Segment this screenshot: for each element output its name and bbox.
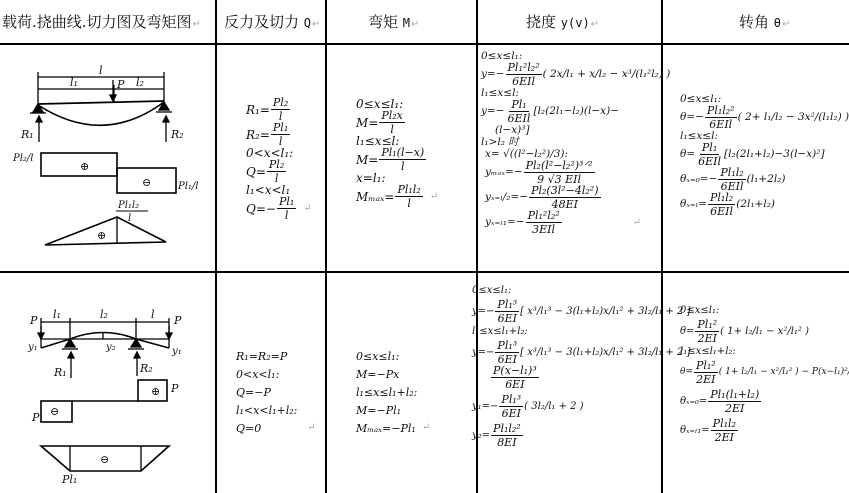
numerator: Pl₁l₂ xyxy=(711,418,738,431)
numerator: Pl₁² xyxy=(695,319,719,332)
numerator: Pl₁l₂ xyxy=(718,167,745,180)
header-reaction-symbol: Q xyxy=(304,16,311,30)
formula-lhs: θₓ₌ₗ= xyxy=(680,199,707,210)
formula-lhs: M= xyxy=(356,117,378,129)
formula-lhs: yₓ₌ₗ/₂=− xyxy=(485,192,528,203)
formula-rest: [ x³/l₁³ − 3(l₁+l₂)x/l₁² + 3l₂/l₁ + 2 ] xyxy=(520,348,690,358)
denominator: 6EI xyxy=(496,312,519,324)
formula-line: M=Pl₁(l−x)l xyxy=(356,147,438,172)
denominator: 6EI xyxy=(500,407,523,419)
header-reaction-shear: 反力及切力 Q↵ xyxy=(224,8,320,36)
fraction: Pl₂(3l²−4l₂²)48EI xyxy=(529,185,600,210)
numerator: Pl₁²l₂² xyxy=(526,210,562,223)
header-bottom-border xyxy=(0,43,849,45)
beam-formula-table: 载荷.挠曲线.切力图及弯矩图↵ 反力及切力 Q↵ 弯矩 M↵ 挠度 y(v)↵ … xyxy=(0,0,849,493)
numerator: Pl₁l₂² xyxy=(491,423,523,436)
formula-rest: [ x³/l₁³ − 3(l₁+l₂)x/l₁² + 3l₂/l₁ + 2 ] xyxy=(520,307,690,317)
fraction: Pl₁²2EI xyxy=(694,360,718,385)
formula-line: (l−x)³] xyxy=(481,124,670,136)
formula-text: 0≤x≤l₁: xyxy=(356,351,399,362)
paragraph-mark-icon: ↵ xyxy=(303,204,311,214)
header-deflection-label: 挠度 xyxy=(526,13,556,31)
formula-lhs: y=− xyxy=(481,69,505,80)
formula-lhs: θₓ₌ₗ₁= xyxy=(680,426,710,436)
numerator: Pl₂ xyxy=(267,159,286,172)
formula-text: 0≤x≤l₁: xyxy=(680,306,719,316)
formula-line: Q=−P xyxy=(236,383,316,401)
row1-diagram-cell: l l₁ l₂ P R₁ R₂ Pl₂/l Pl₁/l ⊕ ⊖ Pl₁l₂ l … xyxy=(8,52,213,267)
formula-rest: ( 3l₂/l₁ + 2 ) xyxy=(524,402,583,412)
row1-deflection-cell: 0≤x≤l₁: y=−Pl₁²l₂²6EIl( 2x/l₁ + x/l₂ − x… xyxy=(481,50,670,235)
denominator: l xyxy=(405,197,413,209)
formula-lhs: y=− xyxy=(472,307,494,317)
formula-text: l₁≤x≤l₁+l₂: xyxy=(680,347,736,357)
formula-line: Q=Pl₂l xyxy=(246,159,312,184)
formula-text: 0<x<l₁: xyxy=(236,369,279,380)
fraction: Pl₁l₂²6EIl xyxy=(705,105,737,130)
paragraph-mark-icon: ↵ xyxy=(782,19,790,30)
numerator: Pl₂ xyxy=(271,97,290,110)
fraction: P(x−l₁)³6EI xyxy=(491,365,539,390)
formula-line: θₓ₌ₗ=Pl₁l₂6EIl(2l₁+l₂) xyxy=(680,192,849,217)
formula-text: l₁≤x≤l: xyxy=(481,88,519,99)
numerator: Pl₁ xyxy=(277,196,296,209)
row-divider xyxy=(0,271,849,273)
formula-line: y=−Pl₁³6EI[ x³/l₁³ − 3(l₁+l₂)x/l₁² + 3l₂… xyxy=(472,340,690,365)
denominator: l xyxy=(399,160,407,172)
formula-text: (l−x)³] xyxy=(495,125,530,136)
paragraph-mark-icon: ↵ xyxy=(307,423,315,433)
formula-lhs: yₘₐₓ=− xyxy=(485,167,523,178)
header-deflection-symbol: y(v) xyxy=(561,16,590,30)
label-shear-right: Pl₁/l xyxy=(177,181,199,192)
formula-rest: [l₂(2l₁−l₂)(l−x)− xyxy=(533,106,619,117)
formula-lhs: y=− xyxy=(472,348,494,358)
col-divider-2 xyxy=(325,0,327,493)
label-y1-left: y₁ xyxy=(27,342,38,353)
formula-text: Q=0 xyxy=(236,423,261,434)
simply-supported-beam-point-load-diagram: l l₁ l₂ P R₁ R₂ Pl₂/l Pl₁/l ⊕ ⊖ Pl₁l₂ l … xyxy=(8,52,213,267)
paragraph-mark-icon: ↵ xyxy=(422,423,430,433)
fraction: Pl₁l₂2EI xyxy=(711,418,738,443)
formula-line: 0<x<l₁: xyxy=(236,365,316,383)
label-shear-right: P xyxy=(170,382,179,395)
formula-line: yₓ₌ₗ₁=−Pl₁²l₂²3EIl↵ xyxy=(481,210,670,235)
denominator: 2EI xyxy=(713,431,736,443)
formula-line: yₘₐₓ=−Pl₂(l²−l₂²)³ᐟ²9 √3 EIl xyxy=(481,160,670,185)
numerator: Pl₁³ xyxy=(495,299,519,312)
fraction: Pl₁³6EI xyxy=(499,394,523,419)
fraction: Pl₁6EIl xyxy=(506,99,533,124)
header-moment-label: 弯矩 xyxy=(368,13,398,31)
formula-lhs: θ= xyxy=(680,149,695,160)
denominator: 6EIl xyxy=(708,205,735,217)
numerator: Pl₁l₂ xyxy=(395,184,422,197)
formula-lhs: R₁= xyxy=(246,104,270,116)
formula-lhs: Q=− xyxy=(246,203,276,215)
denominator: 2EI xyxy=(723,402,746,414)
formula-lhs: θₓ₌₀= xyxy=(680,397,707,407)
fraction: Pl₁6EIl xyxy=(696,142,723,167)
numerator: Pl₁l₂² xyxy=(705,105,737,118)
formula-line: l₁≤x≤l: xyxy=(481,87,670,99)
fraction: Pl₂xl xyxy=(379,110,405,135)
formula-text: Q=−P xyxy=(236,387,271,398)
denominator: 6EIl xyxy=(707,118,734,130)
formula-line: l₁≤x≤l₁+l₂: xyxy=(472,324,690,340)
formula-line: l₁>l₂ 时 xyxy=(481,136,670,148)
formula-text: l₁≤x≤l₁+l₂: xyxy=(356,387,417,398)
row1-reaction-cell: R₁=Pl₂l R₂=Pl₁l 0<x<l₁: Q=Pl₂l l₁<x<l₁ Q… xyxy=(246,97,312,221)
label-R2: R₂ xyxy=(139,362,153,375)
row1-rotation-cell: 0≤x≤l₁: θ=−Pl₁l₂²6EIl( 2+ l₁/l₂ − 3x²/(l… xyxy=(680,93,849,217)
numerator: P(x−l₁)³ xyxy=(491,365,539,378)
paragraph-mark-icon: ↵ xyxy=(430,192,438,202)
fraction: Pl₁l₂6EIl xyxy=(708,192,735,217)
numerator: Pl₁l₂ xyxy=(708,192,735,205)
formula-rest: ( 2x/l₁ + x/l₂ − x³/(l₁²l₂) ) xyxy=(543,69,671,80)
formula-line: Mₘₐₓ=−Pl₁↵ xyxy=(356,419,430,437)
formula-line: P(x−l₁)³6EI xyxy=(472,365,690,390)
formula-rest: ( 1+ l₂/l₁ − x²/l₁² ) − P(x−l₁)²/2EI xyxy=(719,368,849,377)
formula-lhs: Q= xyxy=(246,166,266,178)
formula-line: θₓ₌₀=Pl₁(l₁+l₂)2EI xyxy=(680,389,849,414)
fraction: Pl₁²l₂²3EIl xyxy=(526,210,562,235)
plus-sign-icon: ⊕ xyxy=(80,160,89,173)
label-l2: l₂ xyxy=(100,308,108,321)
denominator: 6EI xyxy=(503,378,526,390)
label-R1: R₁ xyxy=(53,366,67,379)
formula-lhs: y₂= xyxy=(472,431,490,441)
denominator: 2EI xyxy=(694,373,717,385)
formula-text: l₁≤x≤l: xyxy=(680,131,718,142)
minus-sign-icon: ⊖ xyxy=(142,176,151,189)
formula-line: l₁≤x≤l₁+l₂: xyxy=(356,383,430,401)
denominator: 6EIl xyxy=(696,155,723,167)
formula-lhs: M= xyxy=(356,154,378,166)
fraction: Pl₁²l₂²6EIl xyxy=(506,62,542,87)
formula-text: l₁<x<l₁+l₂: xyxy=(236,405,297,416)
formula-line: θₓ₌ₗ₁=Pl₁l₂2EI xyxy=(680,418,849,443)
label-moment-max-den: l xyxy=(128,213,131,224)
formula-line: R₁=R₂=P xyxy=(236,347,316,365)
label-l1: l₁ xyxy=(70,76,78,89)
formula-line: θ=−Pl₁l₂²6EIl( 2+ l₁/l₂ − 3x²/(l₁l₂) ) xyxy=(680,105,849,130)
row1-moment-cell: 0≤x≤l₁: M=Pl₂xl l₁≤x≤l: M=Pl₁(l−x)l x=l₁… xyxy=(356,98,438,209)
formula-text: l₁≤x≤l₁+l₂: xyxy=(472,327,528,337)
denominator: 6EIl xyxy=(510,75,537,87)
fraction: Pl₁(l₁+l₂)2EI xyxy=(708,389,761,414)
numerator: Pl₁(l₁+l₂) xyxy=(708,389,761,402)
formula-rest: [l₂(2l₁+l₂)−3(l−x)²] xyxy=(724,149,825,160)
formula-line: M=−Pl₁ xyxy=(356,401,430,419)
formula-line: y=−Pl₁²l₂²6EIl( 2x/l₁ + x/l₂ − x³/(l₁²l₂… xyxy=(481,62,670,87)
formula-line: yₓ₌ₗ/₂=−Pl₂(3l²−4l₂²)48EI xyxy=(481,185,670,210)
label-y2: y₂ xyxy=(105,342,116,353)
row2-reaction-cell: R₁=R₂=P 0<x<l₁: Q=−P l₁<x<l₁+l₂: Q=0↵ xyxy=(236,347,316,437)
formula-rest: (l₁+2l₂) xyxy=(747,174,786,185)
formula-rest: ( 2+ l₁/l₂ − 3x²/(l₁l₂) ) xyxy=(738,112,849,123)
label-load-P: P xyxy=(116,78,125,91)
formula-lhs: R₂= xyxy=(246,129,270,141)
row2-deflection-cell: 0≤x≤l₁: y=−Pl₁³6EI[ x³/l₁³ − 3(l₁+l₂)x/l… xyxy=(472,283,690,448)
formula-line: l₁<x<l₁+l₂: xyxy=(236,401,316,419)
formula-line: R₂=Pl₁l xyxy=(246,122,312,147)
formula-line: 0≤x≤l₁: xyxy=(472,283,690,299)
minus-sign-icon: ⊖ xyxy=(100,453,109,466)
header-rotation: 转角 θ↵ xyxy=(739,8,790,36)
formula-line: y₁=−Pl₁³6EI( 3l₂/l₁ + 2 ) xyxy=(472,394,690,419)
formula-text: 0≤x≤l₁: xyxy=(472,286,511,296)
formula-line: l₁≤x≤l₁+l₂: xyxy=(680,344,849,360)
fraction: Pl₁l₂6EIl xyxy=(718,167,745,192)
numerator: Pl₁³ xyxy=(495,340,519,353)
formula-text: x= √((l²−l₂²)/3): xyxy=(485,149,568,160)
formula-line: 0≤x≤l₁: xyxy=(680,93,849,105)
label-moment-max-num: Pl₁l₂ xyxy=(117,200,139,211)
paragraph-mark-icon: ↵ xyxy=(411,19,419,30)
formula-text: M=−Px xyxy=(356,369,399,380)
formula-line: θ=Pl₁6EIl[l₂(2l₁+l₂)−3(l−x)²] xyxy=(680,142,849,167)
label-l: l xyxy=(151,308,155,321)
formula-text: Mₘₐₓ=−Pl₁ xyxy=(356,423,416,434)
denominator: l xyxy=(283,209,291,221)
formula-line: M=Pl₂xl xyxy=(356,110,438,135)
numerator: Pl₂(l²−l₂²)³ᐟ² xyxy=(524,160,595,173)
fraction: Pl₁³6EI xyxy=(495,299,519,324)
formula-lhs: θ=− xyxy=(680,112,704,123)
fraction: Pl₂(l²−l₂²)³ᐟ²9 √3 EIl xyxy=(524,160,595,185)
formula-text: l₁>l₂ 时 xyxy=(481,137,519,148)
formula-text: M=−Pl₁ xyxy=(356,405,401,416)
plus-sign-icon: ⊕ xyxy=(151,385,160,398)
label-R2: R₂ xyxy=(170,128,184,141)
formula-line: M=−Px xyxy=(356,365,430,383)
row2-diagram-cell: P P l₁ l₂ l y₁ y₂ y₁ R₁ R₂ P P ⊕ ⊖ ⊖ Pl₁ xyxy=(8,280,213,490)
formula-line: 0≤x≤l₁: xyxy=(680,303,849,319)
formula-line: Q=0↵ xyxy=(236,419,316,437)
paragraph-mark-icon: ↵ xyxy=(312,19,320,30)
numerator: Pl₁²l₂² xyxy=(506,62,542,75)
formula-lhs: y=− xyxy=(481,106,505,117)
fraction: Pl₁l xyxy=(271,122,290,147)
fraction: Pl₁²2EI xyxy=(695,319,719,344)
label-load-P-right: P xyxy=(173,314,182,327)
header-reaction-label: 反力及切力 xyxy=(224,13,299,31)
formula-line: y₂=Pl₁l₂²8EI xyxy=(472,423,690,448)
paragraph-mark-icon: ↵ xyxy=(193,19,201,30)
header-diagram: 载荷.挠曲线.切力图及弯矩图↵ xyxy=(2,8,201,36)
overhanging-beam-end-loads-diagram: P P l₁ l₂ l y₁ y₂ y₁ R₁ R₂ P P ⊕ ⊖ ⊖ Pl₁ xyxy=(8,280,213,490)
numerator: Pl₁ xyxy=(271,122,290,135)
formula-line: 0≤x≤l₁: xyxy=(356,347,430,365)
formula-line: R₁=Pl₂l xyxy=(246,97,312,122)
header-rotation-label: 转角 xyxy=(739,13,769,31)
numerator: Pl₁³ xyxy=(499,394,523,407)
denominator: 8EI xyxy=(495,436,518,448)
formula-line: y=−Pl₁6EIl[l₂(2l₁−l₂)(l−x)− xyxy=(481,99,670,124)
formula-lhs: y₁=− xyxy=(472,402,498,412)
formula-text: R₁=R₂=P xyxy=(236,351,287,362)
header-diagram-label: 载荷.挠曲线.切力图及弯矩图 xyxy=(2,13,192,31)
denominator: 3EIl xyxy=(530,223,557,235)
label-moment-Pl1: Pl₁ xyxy=(61,473,77,486)
numerator: Pl₁ xyxy=(700,142,719,155)
numerator: Pl₁ xyxy=(509,99,528,112)
fraction: Pl₁l xyxy=(277,196,296,221)
formula-line: y=−Pl₁³6EI[ x³/l₁³ − 3(l₁+l₂)x/l₁² + 3l₂… xyxy=(472,299,690,324)
label-l1: l₁ xyxy=(53,308,61,321)
label-load-P-left: P xyxy=(29,314,38,327)
formula-text: 0≤x≤l₁: xyxy=(680,94,721,105)
label-y1-right: y₁ xyxy=(171,346,182,357)
minus-sign-icon: ⊖ xyxy=(50,405,59,418)
label-R1: R₁ xyxy=(20,128,34,141)
label-l2: l₂ xyxy=(136,76,144,89)
col-divider-1 xyxy=(215,0,217,493)
label-shear-left: Pl₂/l xyxy=(12,153,34,164)
denominator: 2EI xyxy=(696,332,719,344)
formula-line: θ=Pl₁²2EI( 1+ l₂/l₁ − x²/l₁² ) − P(x−l₁)… xyxy=(680,360,849,385)
fraction: Pl₁l₂l xyxy=(395,184,422,209)
fraction: Pl₂l xyxy=(267,159,286,184)
fraction: Pl₁(l−x)l xyxy=(379,147,426,172)
fraction: Pl₁l₂²8EI xyxy=(491,423,523,448)
numerator: Pl₁² xyxy=(694,360,718,373)
formula-lhs: θ= xyxy=(680,327,694,337)
header-rotation-symbol: θ xyxy=(774,16,781,30)
formula-line: Mₘₐₓ=Pl₁l₂l↵ xyxy=(356,184,438,209)
header-moment-symbol: M xyxy=(403,16,410,30)
fraction: Pl₂l xyxy=(271,97,290,122)
row2-moment-cell: 0≤x≤l₁: M=−Px l₁≤x≤l₁+l₂: M=−Pl₁ Mₘₐₓ=−P… xyxy=(356,347,430,437)
formula-lhs: θₓ₌₀=− xyxy=(680,174,717,185)
paragraph-mark-icon: ↵ xyxy=(591,19,599,30)
formula-rest: (2l₁+l₂) xyxy=(736,199,775,210)
formula-text: x=l₁: xyxy=(356,172,386,184)
formula-lhs: Mₘₐₓ= xyxy=(356,191,394,203)
row2-rotation-cell: 0≤x≤l₁: θ=Pl₁²2EI( 1+ l₂/l₁ − x²/l₁² ) l… xyxy=(680,303,849,443)
numerator: Pl₂x xyxy=(379,110,405,123)
plus-sign-icon: ⊕ xyxy=(97,229,106,242)
numerator: Pl₂(3l²−4l₂²) xyxy=(529,185,600,198)
formula-line: θ=Pl₁²2EI( 1+ l₂/l₁ − x²/l₁² ) xyxy=(680,319,849,344)
fraction: Pl₁³6EI xyxy=(495,340,519,365)
denominator: 6EIl xyxy=(506,112,533,124)
paragraph-mark-icon: ↵ xyxy=(633,218,641,228)
header-moment: 弯矩 M↵ xyxy=(368,8,419,36)
header-deflection: 挠度 y(v)↵ xyxy=(526,8,599,36)
formula-lhs: θ= xyxy=(680,368,693,377)
formula-lhs: yₓ₌ₗ₁=− xyxy=(485,217,525,228)
formula-line: Q=−Pl₁l↵ xyxy=(246,196,312,221)
label-l: l xyxy=(99,64,103,77)
numerator: Pl₁(l−x) xyxy=(379,147,426,160)
label-shear-left: P xyxy=(31,411,40,424)
formula-text: 0≤x≤l₁: xyxy=(481,51,522,62)
formula-line: θₓ₌₀=−Pl₁l₂6EIl(l₁+2l₂) xyxy=(680,167,849,192)
formula-rest: ( 1+ l₂/l₁ − x²/l₁² ) xyxy=(720,327,809,337)
